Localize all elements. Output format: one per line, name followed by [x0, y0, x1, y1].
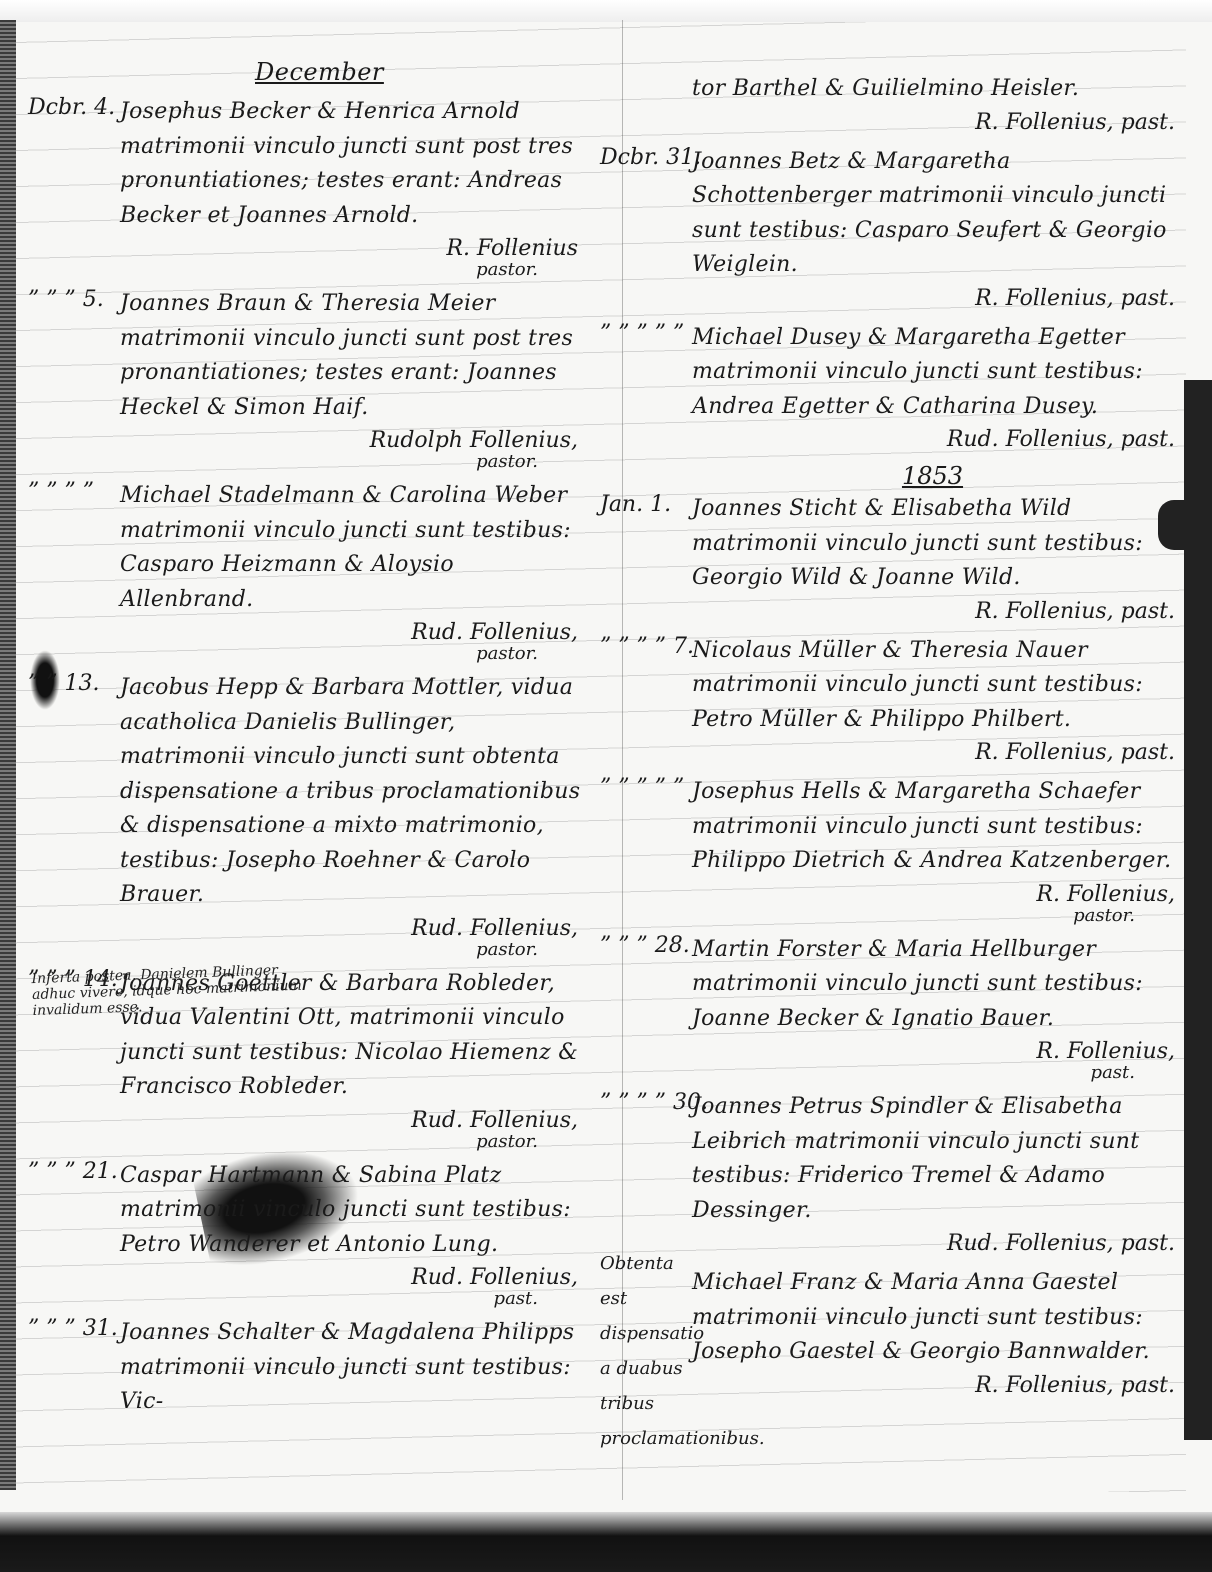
entry-date: ” ” ” 21. [28, 1159, 118, 1184]
pastor-title: past. [600, 1062, 1185, 1084]
register-entry: ” ” ” ” ” Michael Dusey & Margaretha Ege… [600, 321, 1185, 457]
entry-text: Joannes Braun & Theresia Meier matrimoni… [120, 287, 588, 425]
entry-date: ” ” ” ” ” [600, 775, 690, 800]
entry-text: Michael Dusey & Margaretha Egetter matri… [692, 321, 1185, 425]
register-entry: ” ” ” 28. Martin Forster & Maria Hellbur… [600, 933, 1185, 1085]
pastor-title: pastor. [28, 939, 588, 961]
scanned-register-page: December Dcbr. 4. Josephus Becker & Henr… [0, 0, 1212, 1572]
pastor-signature: R. Follenius, past. [600, 107, 1185, 139]
pastor-title: pastor. [28, 259, 588, 281]
entry-text: Joannes Betz & Margaretha Schottenberger… [692, 145, 1185, 283]
entry-date: Dcbr. 31. [600, 145, 690, 170]
entry-text: tor Barthel & Guilielmino Heisler. [692, 72, 1185, 107]
entry-text: Joannes Sticht & Elisabetha Wild matrimo… [692, 492, 1185, 596]
entry-text: Michael Franz & Maria Anna Gaestel matri… [692, 1266, 1185, 1370]
year-marker: 1853 [600, 462, 1185, 490]
entry-date: ” ” ” 5. [28, 287, 118, 312]
pastor-signature: R. Follenius, past. [600, 283, 1185, 315]
entry-date: ” ” ” ” ” [600, 321, 690, 346]
entry-text: Michael Stadelmann & Carolina Weber matr… [120, 479, 588, 617]
entry-text: Jacobus Hepp & Barbara Mottler, vidua ac… [120, 671, 588, 913]
entry-date: ” ” ” ” 30. [600, 1090, 690, 1115]
pastor-signature: R. Follenius, past. [600, 737, 1185, 769]
page-heading-month: December [255, 58, 384, 86]
entry-date: ” ” 13. [28, 671, 118, 696]
entry-date: ” ” ” 28. [600, 933, 690, 958]
margin-annotation-right: Obtenta est dispensatio a duabus tribus … [600, 1246, 684, 1456]
pastor-signature: Rud. Follenius, past. [600, 1228, 1185, 1260]
pastor-title: past. [28, 1288, 588, 1310]
right-column: tor Barthel & Guilielmino Heisler. R. Fo… [600, 72, 1185, 1408]
margin-annotation-left: Inferta postea, Danielem Bullinger adhuc… [31, 961, 322, 1019]
pastor-title: pastor. [28, 451, 588, 473]
register-entry: ” ” ” 5. Joannes Braun & Theresia Meier … [28, 287, 588, 473]
left-column: Dcbr. 4. Josephus Becker & Henrica Arnol… [28, 95, 588, 1426]
register-entry: ” ” 13. Jacobus Hepp & Barbara Mottler, … [28, 671, 588, 961]
register-entry: ” ” ” ” 30. Joannes Petrus Spindler & El… [600, 1090, 1185, 1260]
register-entry: ” ” ” ” 7. Nicolaus Müller & Theresia Na… [600, 634, 1185, 770]
register-entry: ” ” ” 21. Caspar Hartmann & Sabina Platz… [28, 1159, 588, 1311]
register-entry: ” ” ” ” ” Josephus Hells & Margaretha Sc… [600, 775, 1185, 927]
register-entry: Dcbr. 4. Josephus Becker & Henrica Arnol… [28, 95, 588, 281]
pastor-signature: R. Follenius, past. [600, 596, 1185, 628]
scan-top-margin [0, 0, 1212, 22]
entry-date: Dcbr. 4. [28, 95, 118, 120]
entry-text: Josephus Hells & Margaretha Schaefer mat… [692, 775, 1185, 879]
entry-text: Joannes Petrus Spindler & Elisabetha Lei… [692, 1090, 1185, 1228]
pastor-title: pastor. [28, 1131, 588, 1153]
entry-text: Martin Forster & Maria Hellburger matrim… [692, 933, 1185, 1037]
pastor-signature: R. Follenius, past. [600, 1370, 1185, 1402]
entry-text: Josephus Becker & Henrica Arnold matrimo… [120, 95, 588, 233]
register-entry: Jan. 1. Joannes Sticht & Elisabetha Wild… [600, 492, 1185, 628]
register-entry-continuation: tor Barthel & Guilielmino Heisler. R. Fo… [600, 72, 1185, 139]
register-entry: ” ” ” ” Michael Stadelmann & Carolina We… [28, 479, 588, 665]
page-binding-edge [0, 20, 16, 1490]
entry-date: Jan. 1. [600, 492, 690, 517]
pastor-signature: Rud. Follenius, past. [600, 424, 1185, 456]
register-entry: ” ” ” 31. Joannes Schalter & Magdalena P… [28, 1316, 588, 1420]
scan-bottom-shadow [0, 1512, 1212, 1572]
register-entry: Dcbr. 31. Joannes Betz & Margaretha Scho… [600, 145, 1185, 315]
pastor-title: pastor. [600, 905, 1185, 927]
entry-text: Joannes Schalter & Magdalena Philipps ma… [120, 1316, 588, 1420]
pastor-title: pastor. [28, 643, 588, 665]
entry-date: ” ” ” 31. [28, 1316, 118, 1341]
entry-text: Caspar Hartmann & Sabina Platz matrimoni… [120, 1159, 588, 1263]
entry-date: ” ” ” ” 7. [600, 634, 690, 659]
entry-date: ” ” ” ” [28, 479, 118, 504]
entry-text: Nicolaus Müller & Theresia Nauer matrimo… [692, 634, 1185, 738]
